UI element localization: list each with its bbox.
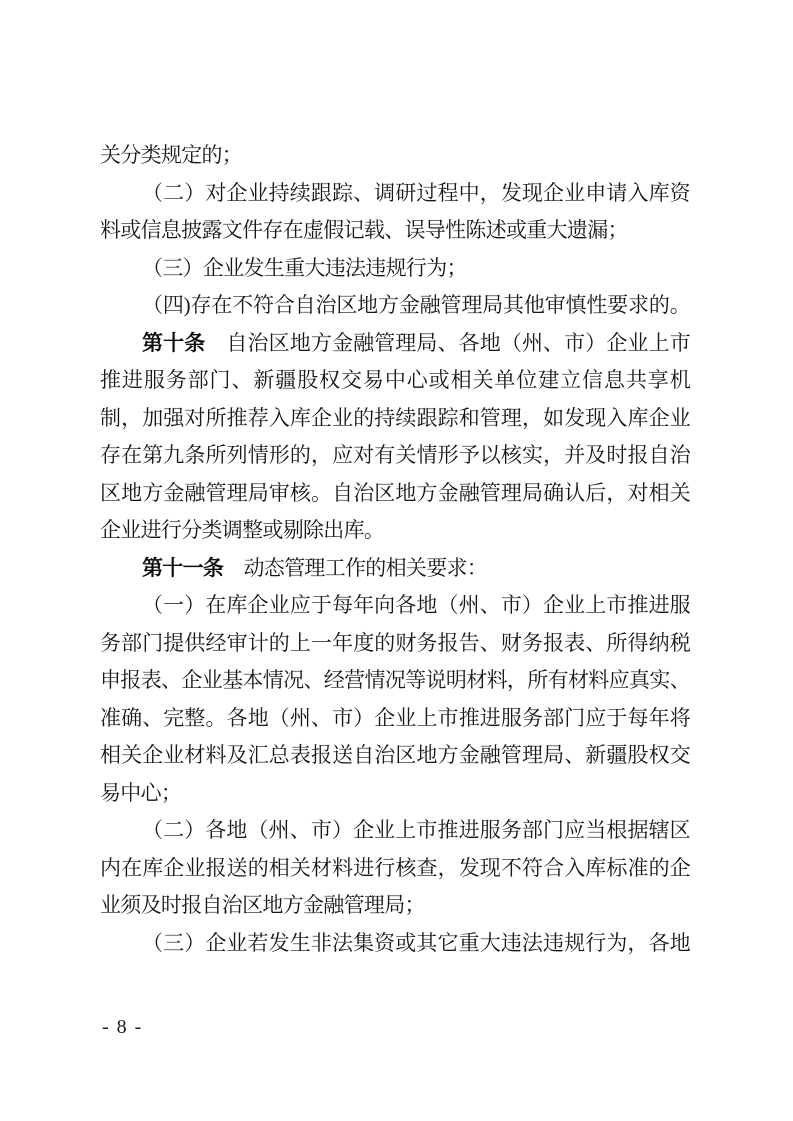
text-segment: （三）企业发生重大违法违规行为；	[142, 256, 467, 280]
text-segment: 动态管理工作的相关要求：	[223, 556, 487, 580]
text-segment: 准确、完整。各地（州、市）企业上市推进服务部门应于每年将	[100, 706, 690, 730]
text-segment: （三）企业若发生非法集资或其它重大违法违规行为，各地	[142, 931, 690, 955]
article-number: 第十一条	[142, 556, 223, 580]
text-line: （三）企业若发生非法集资或其它重大违法违规行为，各地	[100, 925, 690, 963]
text-segment: 区地方金融管理局审核。自治区地方金融管理局确认后，对相关	[100, 481, 690, 505]
text-segment: （一）在库企业应于每年向各地（州、市）企业上市推进服	[142, 593, 690, 617]
text-line: （一）在库企业应于每年向各地（州、市）企业上市推进服	[100, 587, 690, 625]
text-line: （四)存在不符合自治区地方金融管理局其他审慎性要求的。	[100, 287, 690, 325]
text-segment: 推进服务部门、新疆股权交易中心或相关单位建立信息共享机	[100, 368, 690, 392]
text-segment: 易中心；	[100, 781, 181, 805]
text-segment: 业须及时报自治区地方金融管理局；	[100, 893, 425, 917]
text-segment: （二）对企业持续跟踪、调研过程中，发现企业申请入库资	[142, 181, 690, 205]
text-segment: 制，加强对所推荐入库企业的持续跟踪和管理，如发现入库企业	[100, 406, 690, 430]
text-segment: 料或信息披露文件存在虚假记载、误导性陈述或重大遗漏；	[100, 218, 628, 242]
text-line: 区地方金融管理局审核。自治区地方金融管理局确认后，对相关	[100, 475, 690, 513]
text-segment: （二）各地（州、市）企业上市推进服务部门应当根据辖区	[142, 818, 690, 842]
text-segment: （四)存在不符合自治区地方金融管理局其他审慎性要求的。	[142, 293, 690, 317]
article-number: 第十条	[142, 331, 205, 355]
page-number: - 8 -	[102, 1016, 143, 1039]
text-line: 关分类规定的；	[100, 137, 690, 175]
text-line: （三）企业发生重大违法违规行为；	[100, 250, 690, 288]
text-line: 内在库企业报送的相关材料进行核查，发现不符合入库标准的企	[100, 850, 690, 888]
text-line: 业须及时报自治区地方金融管理局；	[100, 887, 690, 925]
text-segment: 关分类规定的；	[100, 143, 242, 167]
text-segment: 申报表、企业基本情况、经营情况等说明材料，所有材料应真实、	[100, 668, 690, 692]
text-line: 第十一条 动态管理工作的相关要求：	[100, 550, 690, 588]
text-line: 推进服务部门、新疆股权交易中心或相关单位建立信息共享机	[100, 362, 690, 400]
document-page: 关分类规定的；（二）对企业持续跟踪、调研过程中，发现企业申请入库资料或信息披露文…	[0, 0, 793, 1121]
text-line: 务部门提供经审计的上一年度的财务报告、财务报表、所得纳税	[100, 625, 690, 663]
text-segment: 企业进行分类调整或剔除出库。	[100, 518, 384, 542]
text-line: 料或信息披露文件存在虚假记载、误导性陈述或重大遗漏；	[100, 212, 690, 250]
text-line: 制，加强对所推荐入库企业的持续跟踪和管理，如发现入库企业	[100, 400, 690, 438]
text-line: （二）各地（州、市）企业上市推进服务部门应当根据辖区	[100, 812, 690, 850]
text-line: 申报表、企业基本情况、经营情况等说明材料，所有材料应真实、	[100, 662, 690, 700]
text-line: 第十条 自治区地方金融管理局、各地（州、市）企业上市	[100, 325, 690, 363]
text-segment: 相关企业材料及汇总表报送自治区地方金融管理局、新疆股权交	[100, 743, 690, 767]
text-line: （二）对企业持续跟踪、调研过程中，发现企业申请入库资	[100, 175, 690, 213]
text-segment: 务部门提供经审计的上一年度的财务报告、财务报表、所得纳税	[100, 631, 690, 655]
text-line: 企业进行分类调整或剔除出库。	[100, 512, 690, 550]
text-line: 易中心；	[100, 775, 690, 813]
text-segment: 存在第九条所列情形的，应对有关情形予以核实，并及时报自治	[100, 443, 690, 467]
text-line: 相关企业材料及汇总表报送自治区地方金融管理局、新疆股权交	[100, 737, 690, 775]
text-segment: 自治区地方金融管理局、各地（州、市）企业上市	[205, 331, 690, 355]
text-line: 存在第九条所列情形的，应对有关情形予以核实，并及时报自治	[100, 437, 690, 475]
text-segment: 内在库企业报送的相关材料进行核查，发现不符合入库标准的企	[100, 856, 690, 880]
document-body: 关分类规定的；（二）对企业持续跟踪、调研过程中，发现企业申请入库资料或信息披露文…	[100, 137, 690, 962]
text-line: 准确、完整。各地（州、市）企业上市推进服务部门应于每年将	[100, 700, 690, 738]
